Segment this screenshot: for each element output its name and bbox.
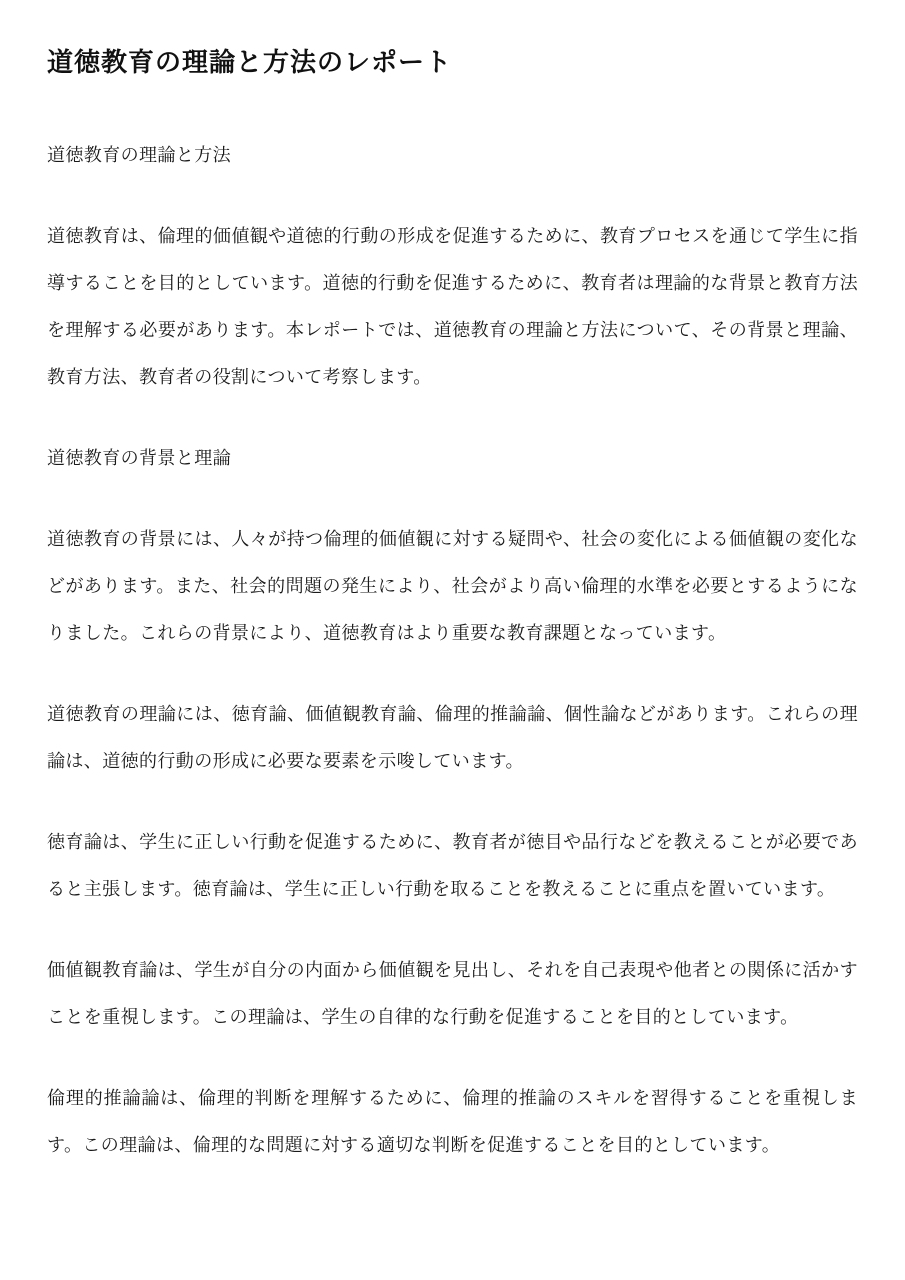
section-heading-background-and-theory: 道徳教育の背景と理論 <box>47 435 858 482</box>
report-title: 道徳教育の理論と方法のレポート <box>47 44 858 80</box>
paragraph-values-education-theory: 価値観教育論は、学生が自分の内面から価値観を見出し、それを自己表現や他者との関係… <box>47 947 858 1041</box>
intro-paragraph: 道徳教育は、倫理的価値観や道徳的行動の形成を促進するために、教育プロセスを通じて… <box>47 213 858 401</box>
paragraph-virtue-education-theory: 徳育論は、学生に正しい行動を促進するために、教育者が徳目や品行などを教えることが… <box>47 819 858 913</box>
paragraph-ethical-reasoning-theory: 倫理的推論論は、倫理的判断を理解するために、倫理的推論のスキルを習得することを重… <box>47 1075 858 1169</box>
paragraph-background: 道徳教育の背景には、人々が持つ倫理的価値観に対する疑問や、社会の変化による価値観… <box>47 516 858 657</box>
document-page: 道徳教育の理論と方法のレポート 道徳教育の理論と方法 道徳教育は、倫理的価値観や… <box>0 0 905 1280</box>
subtitle-line: 道徳教育の理論と方法 <box>47 132 858 179</box>
paragraph-theories-overview: 道徳教育の理論には、徳育論、価値観教育論、倫理的推論論、個性論などがあります。こ… <box>47 691 858 785</box>
